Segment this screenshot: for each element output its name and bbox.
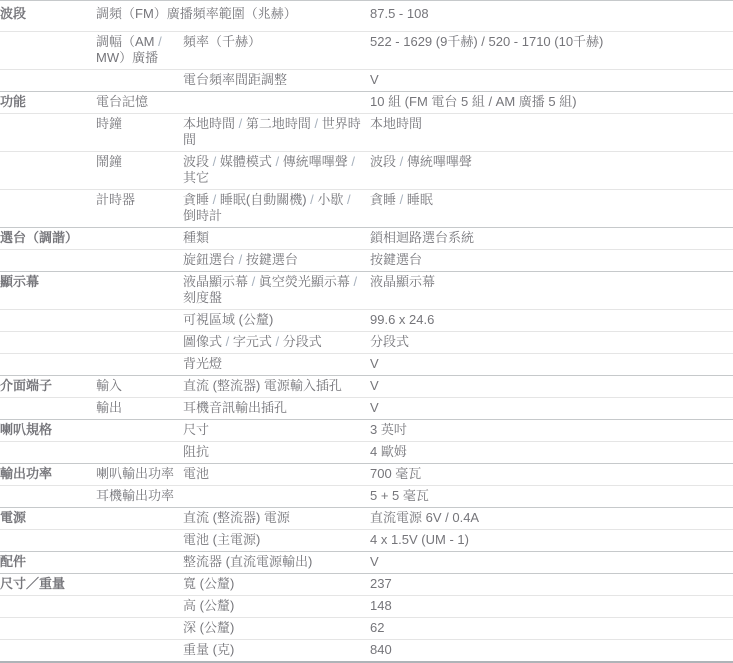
table-row: 輸出功率喇叭輸出功率電池700 毫瓦 (0, 464, 733, 486)
section-cell (0, 114, 96, 152)
value-cell: 鎖相迴路選台系統 (370, 228, 733, 250)
separator-slash: / (239, 116, 243, 131)
table-row: 電台頻率間距調整V (0, 70, 733, 92)
separator-slash: / (226, 334, 230, 349)
attribute-cell: 波段 / 媒體模式 / 傳統嗶嗶聲 / 其它 (183, 152, 370, 190)
table-row: 圖像式 / 字元式 / 分段式分段式 (0, 332, 733, 354)
section-cell (0, 354, 96, 376)
sub-category-cell: 鬧鐘 (96, 152, 183, 190)
sub-category-cell (96, 508, 183, 530)
attribute-cell: 本地時間 / 第二地時間 / 世界時間 (183, 114, 370, 152)
attribute-cell: 重量 (克) (183, 640, 370, 663)
section-cell (0, 442, 96, 464)
value-cell: 液晶顯示幕 (370, 272, 733, 310)
sub-category-cell (96, 530, 183, 552)
value-cell: 5 + 5 毫瓦 (370, 486, 733, 508)
section-cell: 喇叭規格 (0, 420, 96, 442)
attribute-cell: 深 (公釐) (183, 618, 370, 640)
table-row: 深 (公釐)62 (0, 618, 733, 640)
sub-category-cell: 輸出 (96, 398, 183, 420)
value-cell: 貪睡 / 睡眠 (370, 190, 733, 228)
section-cell: 波段 (0, 1, 96, 32)
table-row: 調幅（AM / MW）廣播頻率（千赫）522 - 1629 (9千赫) / 52… (0, 32, 733, 70)
attribute-cell: 直流 (整流器) 電源 (183, 508, 370, 530)
value-cell: 840 (370, 640, 733, 663)
value-cell: 按鍵選台 (370, 250, 733, 272)
section-cell: 顯示幕 (0, 272, 96, 310)
separator-slash: / (252, 274, 256, 289)
section-cell: 輸出功率 (0, 464, 96, 486)
section-cell (0, 596, 96, 618)
separator-slash: / (314, 116, 318, 131)
sub-category-cell (96, 70, 183, 92)
attribute-cell: 液晶顯示幕 / 眞空熒光顯示幕 / 刻度盤 (183, 272, 370, 310)
section-cell (0, 32, 96, 70)
attribute-cell: 種類 (183, 228, 370, 250)
attribute-cell: 頻率（千赫） (183, 32, 370, 70)
sub-category-cell: 耳機輸出功率 (96, 486, 183, 508)
separator-slash: / (275, 334, 279, 349)
value-cell: V (370, 376, 733, 398)
attribute-cell: 旋鈕選台 / 按鍵選台 (183, 250, 370, 272)
sub-category-cell (96, 640, 183, 663)
attribute-cell: 電池 (主電源) (183, 530, 370, 552)
table-row: 電池 (主電源)4 x 1.5V (UM - 1) (0, 530, 733, 552)
value-cell: 本地時間 (370, 114, 733, 152)
sub-category-cell (96, 596, 183, 618)
spec-page: 波段調頻（FM）廣播頻率範圍（兆赫）87.5 - 108調幅（AM / MW）廣… (0, 0, 733, 663)
section-cell: 介面端子 (0, 376, 96, 398)
attribute-cell: 尺寸 (183, 420, 370, 442)
section-cell (0, 152, 96, 190)
table-row: 電源直流 (整流器) 電源直流電源 6V / 0.4A (0, 508, 733, 530)
section-cell (0, 70, 96, 92)
separator-slash: / (347, 192, 351, 207)
value-cell: 148 (370, 596, 733, 618)
spec-table: 波段調頻（FM）廣播頻率範圍（兆赫）87.5 - 108調幅（AM / MW）廣… (0, 0, 733, 663)
section-cell (0, 486, 96, 508)
separator-slash: / (158, 34, 162, 49)
attribute-cell: 直流 (整流器) 電源輸入插孔 (183, 376, 370, 398)
sub-category-cell: 時鐘 (96, 114, 183, 152)
value-cell: 522 - 1629 (9千赫) / 520 - 1710 (10千赫) (370, 32, 733, 70)
value-cell: V (370, 354, 733, 376)
value-cell: 700 毫瓦 (370, 464, 733, 486)
separator-slash: / (400, 154, 404, 169)
section-cell (0, 250, 96, 272)
attribute-cell: 圖像式 / 字元式 / 分段式 (183, 332, 370, 354)
attribute-cell: 電台頻率間距調整 (183, 70, 370, 92)
section-cell: 功能 (0, 92, 96, 114)
value-cell: 3 英吋 (370, 420, 733, 442)
sub-category-cell (96, 442, 183, 464)
attribute-cell: 阻抗 (183, 442, 370, 464)
section-cell (0, 398, 96, 420)
section-cell (0, 618, 96, 640)
attribute-cell: 可視區域 (公釐) (183, 310, 370, 332)
sub-category-cell: 調幅（AM / MW）廣播 (96, 32, 183, 70)
value-cell: 10 組 (FM 電台 5 組 / AM 廣播 5 組) (370, 92, 733, 114)
sub-category-cell: 喇叭輸出功率 (96, 464, 183, 486)
attribute-cell: 寬 (公釐) (183, 574, 370, 596)
section-cell: 電源 (0, 508, 96, 530)
sub-category-cell (96, 574, 183, 596)
table-row: 阻抗4 歐姆 (0, 442, 733, 464)
sub-category-cell: 計時器 (96, 190, 183, 228)
table-row: 尺寸／重量寬 (公釐)237 (0, 574, 733, 596)
value-cell: 99.6 x 24.6 (370, 310, 733, 332)
value-cell: 62 (370, 618, 733, 640)
sub-category-cell (96, 228, 183, 250)
section-cell: 尺寸／重量 (0, 574, 96, 596)
section-cell: 選台（調諧） (0, 228, 96, 250)
attribute-cell: 貪睡 / 睡眠(自動關機) / 小歇 / 倒時計 (183, 190, 370, 228)
separator-slash: / (310, 192, 314, 207)
table-row: 喇叭規格尺寸3 英吋 (0, 420, 733, 442)
table-row: 顯示幕液晶顯示幕 / 眞空熒光顯示幕 / 刻度盤液晶顯示幕 (0, 272, 733, 310)
attribute-cell (183, 92, 370, 114)
table-row: 功能電台記憶10 組 (FM 電台 5 組 / AM 廣播 5 組) (0, 92, 733, 114)
value-cell: 237 (370, 574, 733, 596)
table-row: 輸出耳機音訊輸出插孔V (0, 398, 733, 420)
attribute-cell: 整流器 (直流電源輸出) (183, 552, 370, 574)
sub-category-cell (96, 310, 183, 332)
attribute-cell (183, 486, 370, 508)
section-cell (0, 332, 96, 354)
sub-category-cell (96, 272, 183, 310)
attribute-cell: 耳機音訊輸出插孔 (183, 398, 370, 420)
table-row: 旋鈕選台 / 按鍵選台按鍵選台 (0, 250, 733, 272)
table-row: 重量 (克)840 (0, 640, 733, 663)
sub-category-cell (96, 250, 183, 272)
separator-slash: / (275, 154, 279, 169)
value-cell: 4 歐姆 (370, 442, 733, 464)
value-cell: 4 x 1.5V (UM - 1) (370, 530, 733, 552)
table-row: 計時器貪睡 / 睡眠(自動關機) / 小歇 / 倒時計貪睡 / 睡眠 (0, 190, 733, 228)
table-row: 介面端子輸入直流 (整流器) 電源輸入插孔V (0, 376, 733, 398)
value-cell: 87.5 - 108 (370, 1, 733, 32)
value-cell: V (370, 398, 733, 420)
separator-slash: / (213, 192, 217, 207)
attribute-cell: 高 (公釐) (183, 596, 370, 618)
value-cell: 波段 / 傳統嗶嗶聲 (370, 152, 733, 190)
table-row: 選台（調諧）種類鎖相迴路選台系統 (0, 228, 733, 250)
section-cell (0, 530, 96, 552)
separator-slash: / (353, 274, 357, 289)
value-cell: 直流電源 6V / 0.4A (370, 508, 733, 530)
attribute-cell: 背光燈 (183, 354, 370, 376)
table-row: 波段調頻（FM）廣播頻率範圍（兆赫）87.5 - 108 (0, 1, 733, 32)
separator-slash: / (400, 192, 404, 207)
separator-slash: / (239, 252, 243, 267)
section-cell: 配件 (0, 552, 96, 574)
separator-slash: / (351, 154, 355, 169)
sub-category-cell (96, 552, 183, 574)
value-cell: V (370, 552, 733, 574)
table-row: 可視區域 (公釐)99.6 x 24.6 (0, 310, 733, 332)
value-cell: 分段式 (370, 332, 733, 354)
sub-category-cell: 輸入 (96, 376, 183, 398)
table-row: 配件整流器 (直流電源輸出)V (0, 552, 733, 574)
sub-category-cell (96, 420, 183, 442)
attribute-cell: 電池 (183, 464, 370, 486)
value-cell: V (370, 70, 733, 92)
attribute-cell: 調頻（FM）廣播頻率範圍（兆赫） (96, 1, 370, 32)
sub-category-cell (96, 618, 183, 640)
table-row: 鬧鐘波段 / 媒體模式 / 傳統嗶嗶聲 / 其它波段 / 傳統嗶嗶聲 (0, 152, 733, 190)
sub-category-cell (96, 354, 183, 376)
section-cell (0, 190, 96, 228)
section-cell (0, 310, 96, 332)
section-cell (0, 640, 96, 663)
table-row: 高 (公釐)148 (0, 596, 733, 618)
separator-slash: / (213, 154, 217, 169)
sub-category-cell: 電台記憶 (96, 92, 183, 114)
sub-category-cell (96, 332, 183, 354)
table-row: 耳機輸出功率5 + 5 毫瓦 (0, 486, 733, 508)
table-row: 時鐘本地時間 / 第二地時間 / 世界時間本地時間 (0, 114, 733, 152)
table-row: 背光燈V (0, 354, 733, 376)
